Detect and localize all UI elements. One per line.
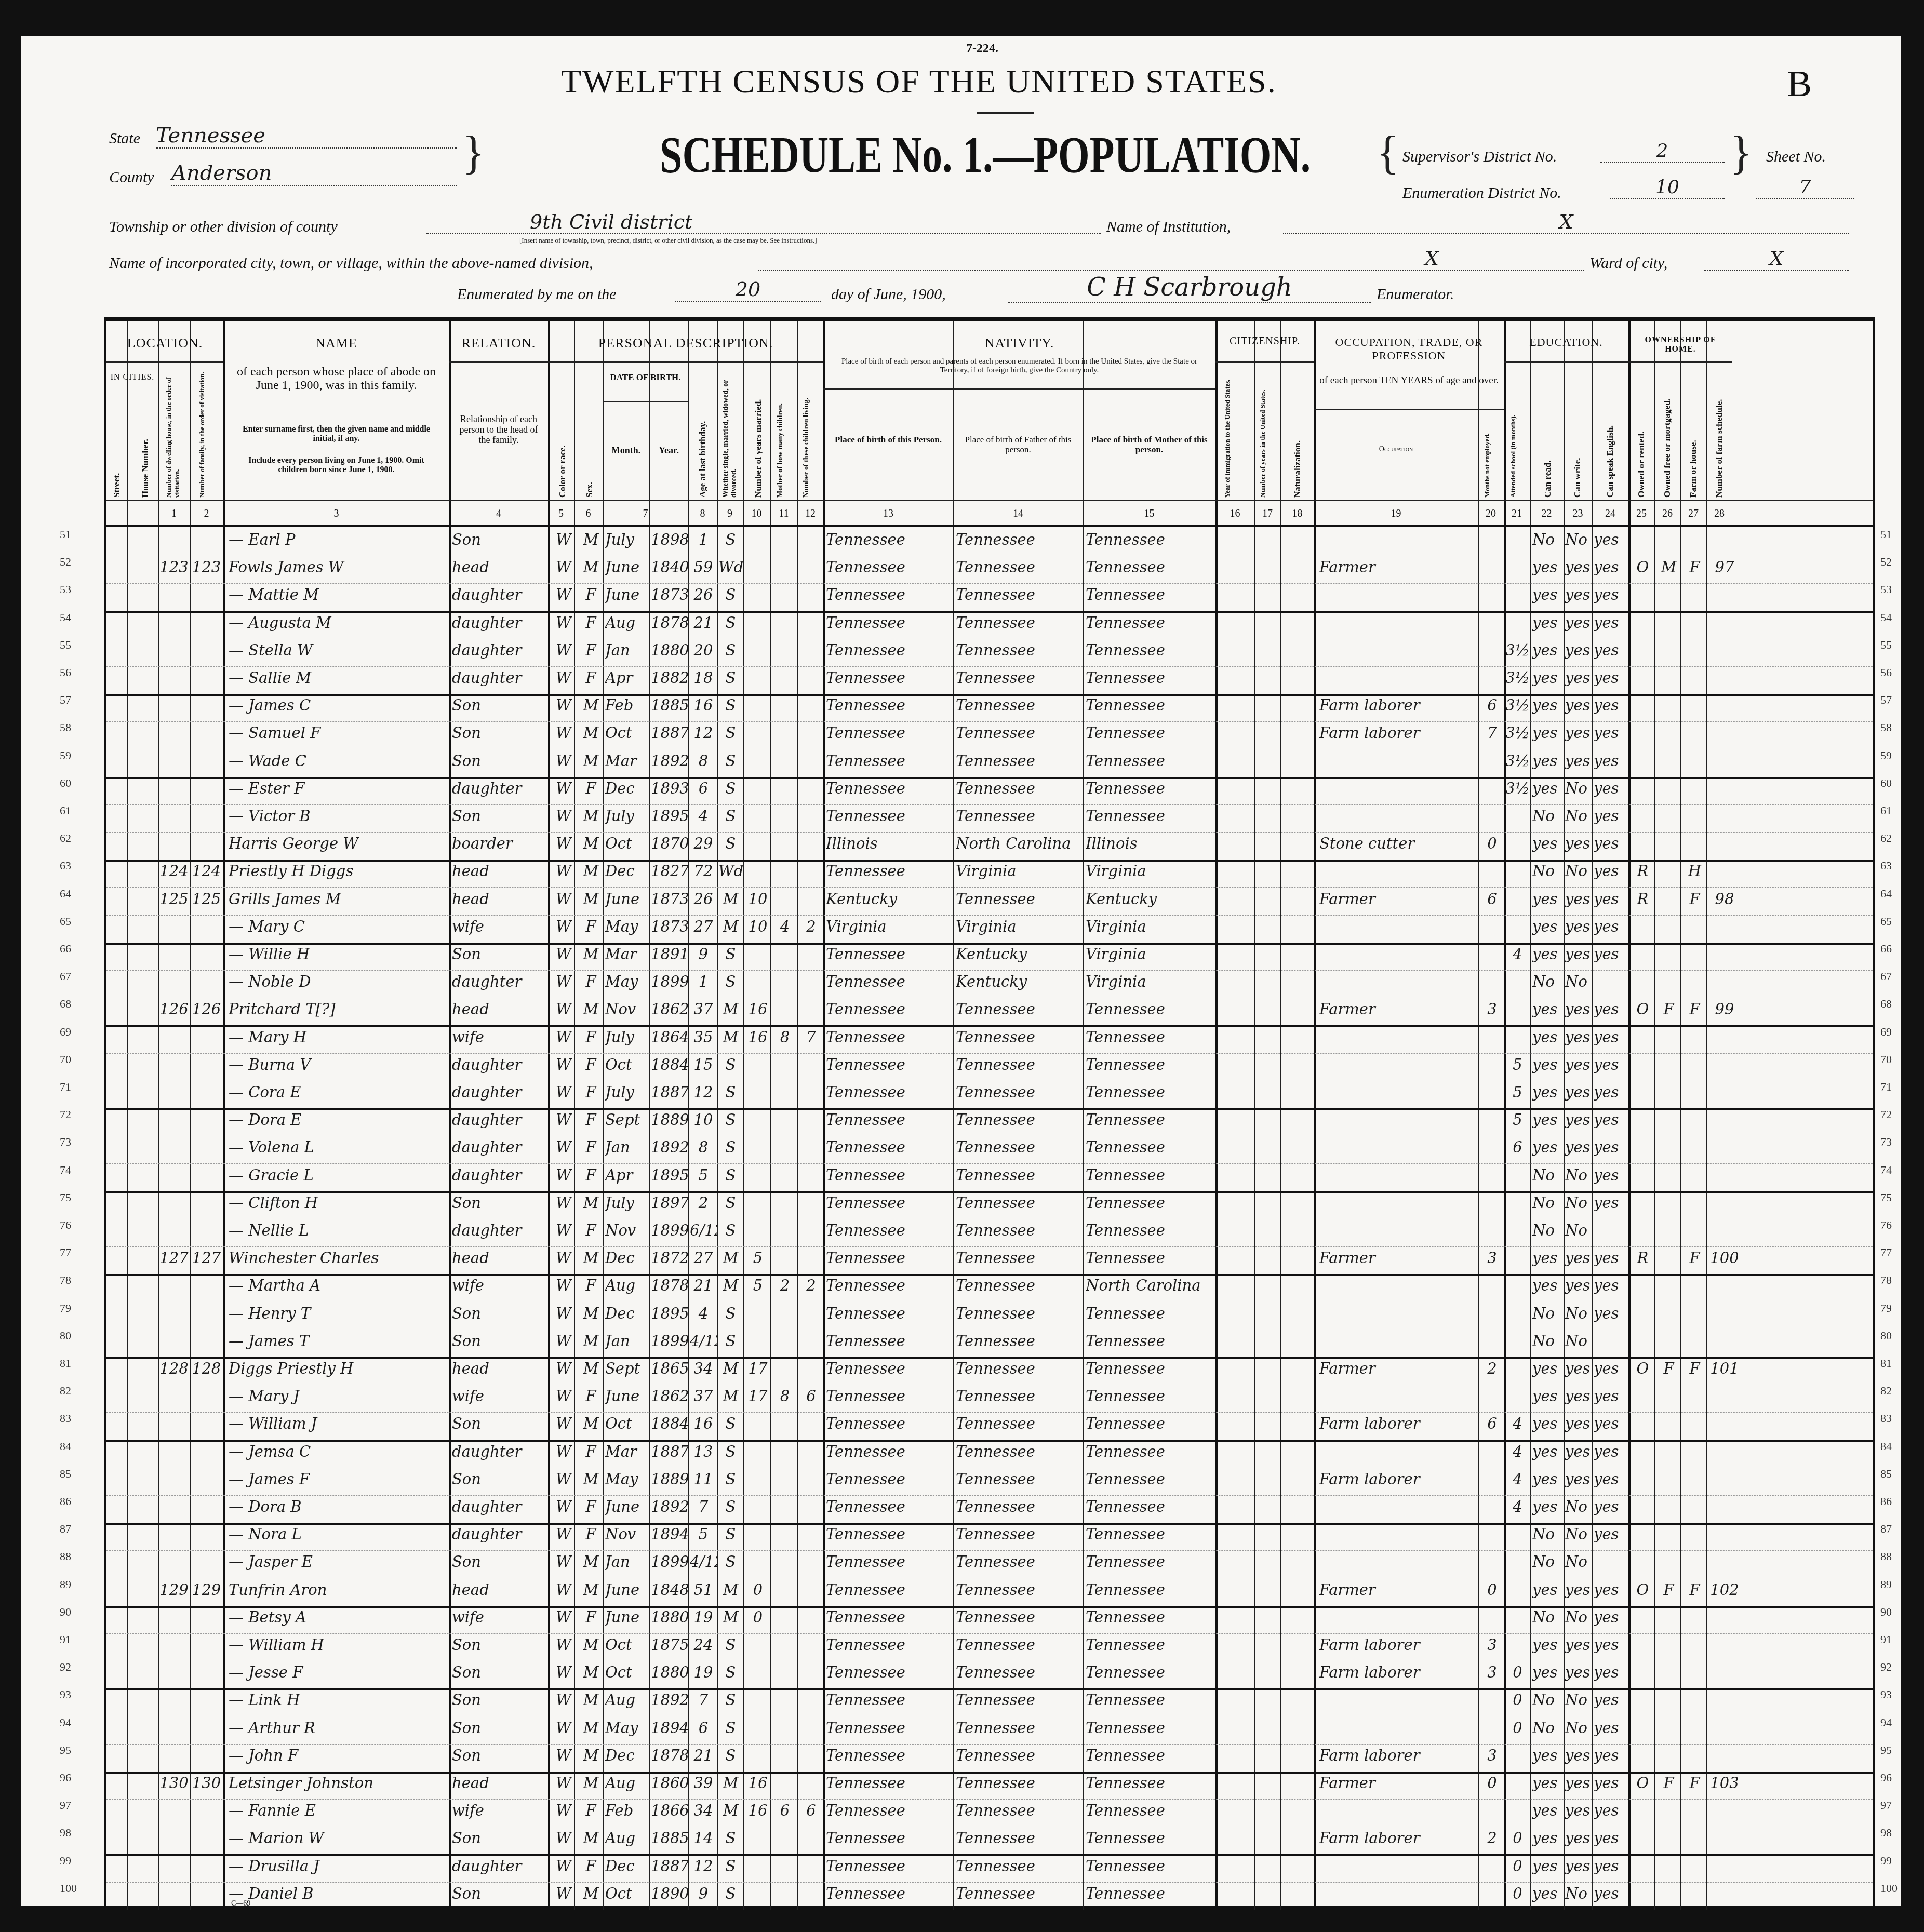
farm-house-cell: F	[1683, 890, 1706, 913]
owned-rented-cell	[1631, 1691, 1654, 1714]
dwelling-number-cell	[158, 752, 190, 775]
line-number-right: 99	[1880, 1854, 1892, 1868]
sex-cell: M	[579, 1581, 603, 1604]
farm-schedule-cell	[1709, 696, 1740, 719]
occupation-cell	[1319, 1608, 1478, 1631]
color-cell: W	[553, 1415, 574, 1438]
dwelling-number-cell	[158, 1194, 190, 1217]
family-number-cell	[190, 807, 223, 830]
line-number-left: 85	[60, 1467, 71, 1481]
birthplace-person-cell: Tennessee	[826, 1581, 953, 1604]
birthplace-father-cell: Tennessee	[956, 1166, 1083, 1189]
farm-house-cell	[1683, 1222, 1706, 1244]
birthplace-father-cell: Tennessee	[956, 531, 1083, 554]
birthplace-father-cell: Tennessee	[956, 1829, 1083, 1852]
occupation-cell: Farm laborer	[1319, 1829, 1478, 1852]
name-cell: — Dora E	[229, 1111, 447, 1134]
relation-cell: daughter	[452, 1138, 548, 1161]
can-read-cell: No	[1532, 1222, 1564, 1244]
birth-month-cell: Dec	[605, 1249, 649, 1272]
mother-of-children-cell	[772, 531, 797, 554]
family-number-cell	[190, 1277, 223, 1299]
birth-month-cell: Apr	[605, 669, 649, 692]
farm-schedule-cell	[1709, 1663, 1740, 1686]
birthplace-father-cell: Tennessee	[956, 1608, 1083, 1631]
marital-status-cell: S	[718, 945, 743, 968]
can-speak-english-cell: yes	[1594, 1415, 1628, 1438]
age-cell: 18	[690, 669, 717, 692]
birth-year-cell: 1865	[651, 1360, 688, 1383]
table-row: — Noble DdaughterWFMay18991STennesseeKen…	[106, 970, 1873, 998]
owned-rented-cell	[1631, 1553, 1654, 1576]
dwelling-number-cell	[158, 1387, 190, 1410]
farm-schedule-cell	[1709, 1470, 1740, 1493]
farm-schedule-cell	[1709, 1056, 1740, 1079]
line-number-right: 88	[1880, 1550, 1892, 1563]
marital-status-cell: Wd	[718, 862, 743, 885]
mother-of-children-cell	[772, 724, 797, 747]
age-cell: 37	[690, 1000, 717, 1023]
line-number-left: 84	[60, 1440, 71, 1453]
name-cell: — James F	[229, 1470, 447, 1493]
relation-cell: daughter	[452, 780, 548, 802]
table-row: — Dora BdaughterWFJune18927STennesseeTen…	[106, 1495, 1873, 1525]
can-write-cell: yes	[1565, 1028, 1592, 1051]
header-can-speak-english: Can speak English.	[1605, 399, 1615, 498]
birthplace-father-cell: Tennessee	[956, 1138, 1083, 1161]
family-number-cell	[190, 1857, 223, 1880]
years-married-cell	[745, 1747, 770, 1769]
family-number-cell	[190, 973, 223, 996]
years-married-cell	[745, 614, 770, 637]
owned-rented-cell	[1631, 696, 1654, 719]
farm-schedule-cell	[1709, 614, 1740, 637]
birthplace-father-cell: Tennessee	[956, 1028, 1083, 1051]
marital-status-cell: S	[718, 1332, 743, 1355]
birthplace-father-cell: Tennessee	[956, 614, 1083, 637]
free-mortgaged-cell	[1657, 669, 1680, 692]
farm-schedule-cell	[1709, 1802, 1740, 1824]
birthplace-person-cell: Tennessee	[826, 1857, 953, 1880]
line-number-right: 86	[1880, 1495, 1892, 1508]
farm-house-cell: F	[1683, 1774, 1706, 1797]
line-number-right: 90	[1880, 1605, 1892, 1619]
dwelling-number-cell	[158, 1166, 190, 1189]
farm-house-cell	[1683, 1387, 1706, 1410]
birth-year-cell: 1899	[651, 1222, 688, 1244]
name-cell: — Betsy A	[229, 1608, 447, 1631]
can-write-cell: yes	[1565, 696, 1592, 719]
owned-rented-cell	[1631, 1415, 1654, 1438]
can-read-cell: yes	[1532, 835, 1564, 857]
free-mortgaged-cell	[1657, 1194, 1680, 1217]
line-number-left: 99	[60, 1854, 71, 1868]
line-number-right: 91	[1880, 1633, 1892, 1646]
farm-schedule-cell	[1709, 586, 1740, 609]
relation-cell: daughter	[452, 1857, 548, 1880]
birthplace-father-cell: Tennessee	[956, 1857, 1083, 1880]
birthplace-person-cell: Tennessee	[826, 586, 953, 609]
birthplace-mother-cell: North Carolina	[1086, 1277, 1215, 1299]
age-cell: 20	[690, 641, 717, 664]
age-cell: 6	[690, 1719, 717, 1742]
children-living-cell	[799, 973, 823, 996]
birth-month-cell: Nov	[605, 1000, 649, 1023]
months-unemployed-cell	[1480, 1498, 1504, 1521]
birth-year-cell: 1887	[651, 1443, 688, 1466]
line-number-right: 85	[1880, 1467, 1892, 1481]
color-cell: W	[553, 1885, 574, 1908]
school-months-cell	[1505, 1360, 1530, 1383]
family-number-cell: 130	[190, 1774, 223, 1797]
owned-rented-cell: R	[1631, 862, 1654, 885]
sex-cell: F	[579, 1083, 603, 1106]
family-number-cell: 127	[190, 1249, 223, 1272]
years-married-cell	[745, 1636, 770, 1659]
can-speak-english-cell	[1594, 1332, 1628, 1355]
years-married-cell	[745, 1332, 770, 1355]
birthplace-mother-cell: Tennessee	[1086, 586, 1215, 609]
line-number-right: 64	[1880, 887, 1892, 901]
color-cell: W	[553, 1857, 574, 1880]
can-write-cell: No	[1565, 862, 1592, 885]
farm-house-cell: H	[1683, 862, 1706, 885]
months-unemployed-cell: 2	[1480, 1360, 1504, 1383]
mother-of-children-cell	[772, 696, 797, 719]
free-mortgaged-cell	[1657, 1443, 1680, 1466]
children-living-cell	[799, 641, 823, 664]
can-read-cell: No	[1532, 1525, 1564, 1548]
birth-month-cell: June	[605, 586, 649, 609]
can-speak-english-cell: yes	[1594, 1360, 1628, 1383]
school-months-cell: 3½	[1505, 724, 1530, 747]
owned-rented-cell	[1631, 586, 1654, 609]
can-speak-english-cell: yes	[1594, 1249, 1628, 1272]
name-cell: Letsinger Johnston	[229, 1774, 447, 1797]
marital-status-cell: Wd	[718, 558, 743, 581]
line-number-left: 80	[60, 1329, 71, 1343]
line-number-left: 68	[60, 997, 71, 1011]
birth-month-cell: Mar	[605, 945, 649, 968]
owned-rented-cell	[1631, 1885, 1654, 1908]
relation-cell: head	[452, 1774, 548, 1797]
farm-house-cell	[1683, 1636, 1706, 1659]
sex-cell: F	[579, 1857, 603, 1880]
line-number-right: 73	[1880, 1135, 1892, 1149]
line-number-right: 53	[1880, 583, 1892, 596]
birthplace-father-cell: Tennessee	[956, 1000, 1083, 1023]
marital-status-cell: M	[718, 1277, 743, 1299]
birth-year-cell: 1892	[651, 1498, 688, 1521]
birthplace-mother-cell: Tennessee	[1086, 1305, 1215, 1327]
age-cell: 16	[690, 1415, 717, 1438]
free-mortgaged-cell	[1657, 1083, 1680, 1106]
occupation-cell: Farmer	[1319, 1774, 1478, 1797]
mother-of-children-cell	[772, 945, 797, 968]
mother-of-children-cell	[772, 1829, 797, 1852]
city-field: X	[758, 247, 1584, 271]
birth-year-cell: 1873	[651, 918, 688, 941]
birth-year-cell: 1897	[651, 1194, 688, 1217]
free-mortgaged-cell	[1657, 862, 1680, 885]
birthplace-person-cell: Tennessee	[826, 1056, 953, 1079]
heading-occupation: OCCUPATION, TRADE, OR PROFESSION	[1314, 336, 1504, 363]
birth-mother-heading: Place of birth of Mother of this person.	[1088, 435, 1210, 454]
school-months-cell	[1505, 1553, 1530, 1576]
column-number: 22	[1530, 508, 1564, 520]
birth-month-cell: Oct	[605, 1415, 649, 1438]
birthplace-mother-cell: Tennessee	[1086, 1387, 1215, 1410]
relation-cell: wife	[452, 1028, 548, 1051]
free-mortgaged-cell	[1657, 1663, 1680, 1686]
sex-cell: M	[579, 1249, 603, 1272]
family-number-cell	[190, 724, 223, 747]
months-unemployed-cell: 3	[1480, 1663, 1504, 1686]
age-cell: 12	[690, 1083, 717, 1106]
can-speak-english-cell: yes	[1594, 1747, 1628, 1769]
mother-of-children-cell	[772, 1415, 797, 1438]
months-unemployed-cell	[1480, 752, 1504, 775]
line-number-left: 93	[60, 1688, 71, 1701]
column-number: 10	[743, 508, 770, 520]
years-married-cell: 16	[745, 1802, 770, 1824]
marital-status-cell: S	[718, 724, 743, 747]
marital-status-cell: M	[718, 1360, 743, 1383]
name-cell: — Mattie M	[229, 586, 447, 609]
header-sex: Sex.	[584, 466, 595, 498]
can-read-cell: yes	[1532, 1249, 1564, 1272]
line-number-left: 92	[60, 1660, 71, 1674]
marital-status-cell: S	[718, 641, 743, 664]
marital-status-cell: S	[718, 807, 743, 830]
can-speak-english-cell: yes	[1594, 1194, 1628, 1217]
birthplace-mother-cell: Tennessee	[1086, 807, 1215, 830]
relation-cell: daughter	[452, 973, 548, 996]
family-number-cell	[190, 586, 223, 609]
free-mortgaged-cell: F	[1657, 1581, 1680, 1604]
children-living-cell	[799, 558, 823, 581]
column-number: 17	[1254, 508, 1280, 520]
school-months-cell	[1505, 1525, 1530, 1548]
farm-schedule-cell	[1709, 835, 1740, 857]
supervisor-label: Supervisor's District No.	[1402, 148, 1557, 166]
age-cell: 12	[690, 724, 717, 747]
marital-status-cell: S	[718, 1636, 743, 1659]
column-number: 2	[190, 508, 223, 520]
family-number-cell	[190, 641, 223, 664]
name-cell: Winchester Charles	[229, 1249, 447, 1272]
school-months-cell	[1505, 973, 1530, 996]
can-write-cell: yes	[1565, 1470, 1592, 1493]
years-married-cell	[745, 807, 770, 830]
occupation-cell: Farmer	[1319, 1249, 1478, 1272]
children-living-cell	[799, 1719, 823, 1742]
birthplace-person-cell: Kentucky	[826, 890, 953, 913]
enumeration-label: Enumeration District No.	[1402, 184, 1561, 202]
column-number: 8	[688, 508, 717, 520]
children-living-cell	[799, 1663, 823, 1686]
sex-cell: F	[579, 918, 603, 941]
birthplace-person-cell: Tennessee	[826, 724, 953, 747]
table-row: — Dora EdaughterWFSept188910STennesseeTe…	[106, 1108, 1873, 1136]
table-row: — James FSonWMMay188911STennesseeTenness…	[106, 1467, 1873, 1496]
dwelling-number-cell	[158, 1553, 190, 1576]
can-speak-english-cell: yes	[1594, 1802, 1628, 1824]
age-cell: 6/12	[690, 1222, 717, 1244]
column-number: 23	[1564, 508, 1592, 520]
free-mortgaged-cell	[1657, 1277, 1680, 1299]
birthplace-mother-cell: Tennessee	[1086, 1581, 1215, 1604]
farm-schedule-cell	[1709, 1443, 1740, 1466]
farm-schedule-cell	[1709, 862, 1740, 885]
relation-cell: wife	[452, 1608, 548, 1631]
free-mortgaged-cell	[1657, 1222, 1680, 1244]
school-months-cell	[1505, 531, 1530, 554]
family-number-cell	[190, 1663, 223, 1686]
table-row: — Clifton HSonWMJuly18972STennesseeTenne…	[106, 1191, 1873, 1219]
mother-of-children-cell	[772, 862, 797, 885]
farm-house-cell	[1683, 780, 1706, 802]
years-married-cell	[745, 1691, 770, 1714]
family-number-cell	[190, 1802, 223, 1824]
can-write-cell: yes	[1565, 1443, 1592, 1466]
mother-of-children-cell	[772, 1470, 797, 1493]
years-married-cell	[745, 669, 770, 692]
age-cell: 1	[690, 531, 717, 554]
months-unemployed-cell	[1480, 780, 1504, 802]
free-mortgaged-cell	[1657, 1747, 1680, 1769]
years-married-cell	[745, 1470, 770, 1493]
name-cell: — Mary J	[229, 1387, 447, 1410]
owned-rented-cell	[1631, 1056, 1654, 1079]
age-cell: 8	[690, 1138, 717, 1161]
months-unemployed-cell	[1480, 558, 1504, 581]
birthplace-person-cell: Virginia	[826, 918, 953, 941]
months-unemployed-cell	[1480, 614, 1504, 637]
table-row: 125125Grills James MheadWMJune187326M10K…	[106, 887, 1873, 916]
birth-month-cell: Jan	[605, 1332, 649, 1355]
owned-rented-cell	[1631, 1332, 1654, 1355]
years-married-cell	[745, 586, 770, 609]
can-write-cell: No	[1565, 780, 1592, 802]
children-living-cell	[799, 1083, 823, 1106]
line-number-left: 87	[60, 1522, 71, 1536]
farm-schedule-cell	[1709, 780, 1740, 802]
birth-year-cell: 1892	[651, 1691, 688, 1714]
table-row: — Arthur RSonWMMay18946STennesseeTenness…	[106, 1716, 1873, 1745]
can-read-cell: No	[1532, 531, 1564, 554]
birthplace-mother-cell: Tennessee	[1086, 1443, 1215, 1466]
school-months-cell	[1505, 1028, 1530, 1051]
color-cell: W	[553, 1111, 574, 1134]
farm-schedule-cell	[1709, 724, 1740, 747]
children-living-cell	[799, 669, 823, 692]
sex-cell: M	[579, 1470, 603, 1493]
school-months-cell: 5	[1505, 1111, 1530, 1134]
relation-cell: Son	[452, 1553, 548, 1576]
years-married-cell	[745, 1498, 770, 1521]
occupation-cell	[1319, 1277, 1478, 1299]
can-write-cell: yes	[1565, 1387, 1592, 1410]
years-married-cell	[745, 1525, 770, 1548]
months-unemployed-cell	[1480, 586, 1504, 609]
sex-cell: M	[579, 862, 603, 885]
farm-house-cell	[1683, 752, 1706, 775]
name-instruction-1: Enter surname first, then the given name…	[234, 425, 439, 443]
birthplace-father-cell: Tennessee	[956, 807, 1083, 830]
birth-month-cell: Feb	[605, 696, 649, 719]
free-mortgaged-cell	[1657, 1138, 1680, 1161]
county-label: County	[109, 169, 154, 186]
birthplace-mother-cell: Tennessee	[1086, 1553, 1215, 1576]
township-label: Township or other division of county	[109, 218, 338, 236]
relation-cell: wife	[452, 1277, 548, 1299]
mother-of-children-cell	[772, 1774, 797, 1797]
color-cell: W	[553, 614, 574, 637]
dwelling-number-cell: 126	[158, 1000, 190, 1023]
mother-of-children-cell	[772, 752, 797, 775]
birth-year-cell: 1827	[651, 862, 688, 885]
line-number-left: 72	[60, 1108, 71, 1121]
birthplace-father-cell: Tennessee	[956, 1719, 1083, 1742]
farm-schedule-cell	[1709, 1525, 1740, 1548]
birth-year-cell: 1890	[651, 1885, 688, 1908]
birthplace-person-cell: Tennessee	[826, 1249, 953, 1272]
marital-status-cell: S	[718, 1829, 743, 1852]
name-cell: Pritchard T[?]	[229, 1000, 447, 1023]
family-number-cell: 125	[190, 890, 223, 913]
marital-status-cell: S	[718, 1194, 743, 1217]
can-read-cell: yes	[1532, 1028, 1564, 1051]
birth-father-heading: Place of birth of Father of this person.	[958, 435, 1078, 454]
sex-cell: M	[579, 1747, 603, 1769]
years-married-cell	[745, 1553, 770, 1576]
color-cell: W	[553, 1194, 574, 1217]
color-cell: W	[553, 1747, 574, 1769]
months-unemployed-cell: 3	[1480, 1000, 1504, 1023]
free-mortgaged-cell	[1657, 1636, 1680, 1659]
can-write-cell: No	[1565, 1332, 1592, 1355]
mother-of-children-cell	[772, 1581, 797, 1604]
children-living-cell	[799, 1000, 823, 1023]
school-months-cell: 3½	[1505, 780, 1530, 802]
relation-cell: daughter	[452, 1443, 548, 1466]
birth-month-cell: Oct	[605, 724, 649, 747]
line-number-right: 100	[1880, 1882, 1898, 1895]
table-row: — Drusilla JdaughterWFDec188712STennesse…	[106, 1854, 1873, 1883]
free-mortgaged-cell	[1657, 1857, 1680, 1880]
marital-status-cell: S	[718, 1111, 743, 1134]
months-unemployed-cell	[1480, 1332, 1504, 1355]
birth-year-cell: 1884	[651, 1056, 688, 1079]
dwelling-number-cell	[158, 918, 190, 941]
birthplace-mother-cell: Tennessee	[1086, 1774, 1215, 1797]
family-number-cell	[190, 1443, 223, 1466]
ward-field: X	[1704, 247, 1849, 271]
years-married-cell: 16	[745, 1000, 770, 1023]
birthplace-father-cell: Kentucky	[956, 945, 1083, 968]
age-cell: 9	[690, 1885, 717, 1908]
marital-status-cell: M	[718, 890, 743, 913]
birth-year-cell: 1875	[651, 1636, 688, 1659]
dwelling-number-cell: 123	[158, 558, 190, 581]
sex-cell: M	[579, 1360, 603, 1383]
children-living-cell	[799, 780, 823, 802]
marital-status-cell: S	[718, 752, 743, 775]
name-cell: — William J	[229, 1415, 447, 1438]
header-immigration: Year of immigration to the United States…	[1223, 370, 1232, 498]
brace: }	[1730, 130, 1752, 177]
